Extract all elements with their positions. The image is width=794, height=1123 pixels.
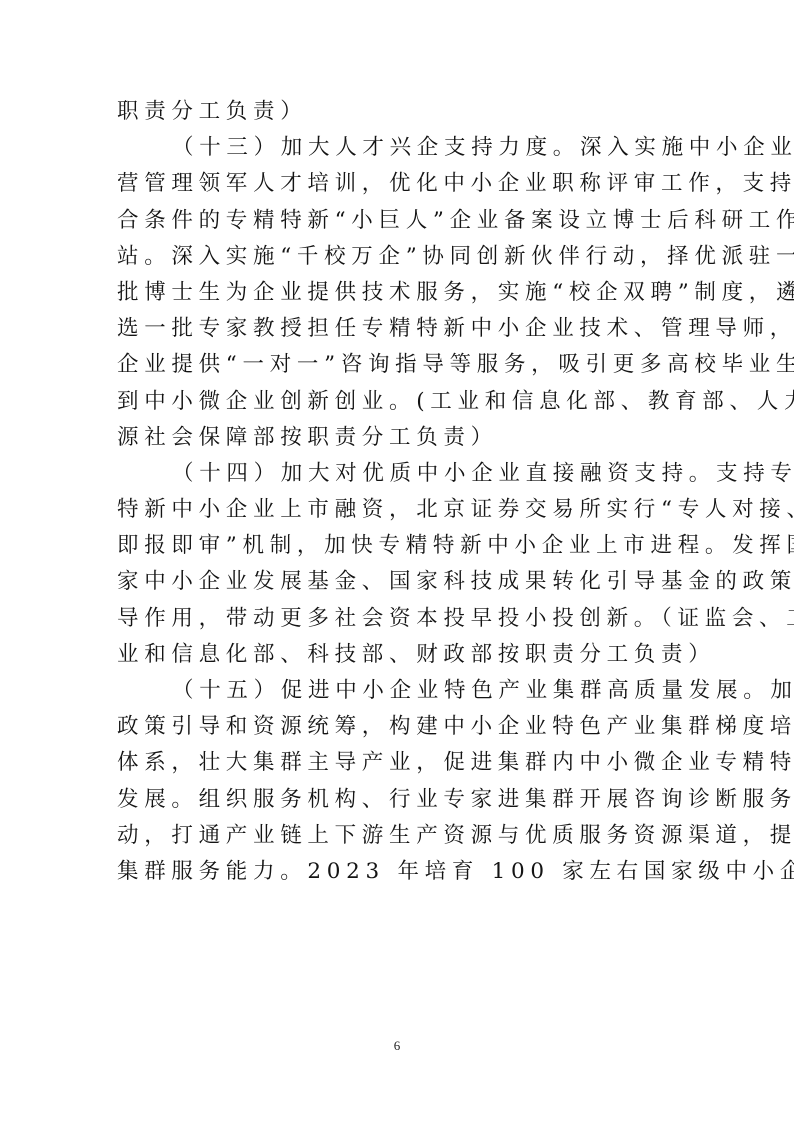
text-line: 站。深入实施“千校万企”协同创新伙伴行动，择优派驻一 — [117, 239, 677, 275]
text-line: 动，打通产业链上下游生产资源与优质服务资源渠道，提升 — [117, 818, 677, 854]
text-line: 职责分工负责） — [117, 94, 677, 130]
text-line: 发展。组织服务机构、行业专家进集群开展咨询诊断服务活 — [117, 782, 677, 818]
section-heading-line: （十四）加大对优质中小企业直接融资支持。支持专精 — [117, 456, 677, 492]
text-line: 企业提供“一对一”咨询指导等服务，吸引更多高校毕业生 — [117, 347, 677, 383]
text-line: 选一批专家教授担任专精特新中小企业技术、管理导师，为 — [117, 311, 677, 347]
text-line: 政策引导和资源统筹，构建中小企业特色产业集群梯度培育 — [117, 709, 677, 745]
text-line: 业和信息化部、科技部、财政部按职责分工负责） — [117, 637, 677, 673]
text-line: 集群服务能力。2023 年培育 100 家左右国家级中小企业特色 — [117, 854, 677, 890]
text-line: 特新中小企业上市融资，北京证券交易所实行“专人对接、 — [117, 492, 677, 528]
document-page: 职责分工负责） （十三）加大人才兴企支持力度。深入实施中小企业经 营管理领军人才… — [0, 0, 794, 1123]
text-line: 营管理领军人才培训，优化中小企业职称评审工作，支持符 — [117, 166, 677, 202]
text-line: 源社会保障部按职责分工负责） — [117, 420, 677, 456]
text-line: 即报即审”机制，加快专精特新中小企业上市进程。发挥国 — [117, 528, 677, 564]
page-number: 6 — [0, 1038, 794, 1054]
text-line: 导作用，带动更多社会资本投早投小投创新。（证监会、工 — [117, 601, 677, 637]
text-line: 到中小微企业创新创业。(工业和信息化部、教育部、人力资 — [117, 384, 677, 420]
section-heading-line: （十三）加大人才兴企支持力度。深入实施中小企业经 — [117, 130, 677, 166]
text-line: 体系，壮大集群主导产业，促进集群内中小微企业专精特新 — [117, 745, 677, 781]
text-line: 批博士生为企业提供技术服务，实施“校企双聘”制度，遴 — [117, 275, 677, 311]
section-heading-line: （十五）促进中小企业特色产业集群高质量发展。加强 — [117, 673, 677, 709]
text-line: 合条件的专精特新“小巨人”企业备案设立博士后科研工作 — [117, 203, 677, 239]
document-body: 职责分工负责） （十三）加大人才兴企支持力度。深入实施中小企业经 营管理领军人才… — [117, 94, 677, 890]
text-line: 家中小企业发展基金、国家科技成果转化引导基金的政策引 — [117, 564, 677, 600]
